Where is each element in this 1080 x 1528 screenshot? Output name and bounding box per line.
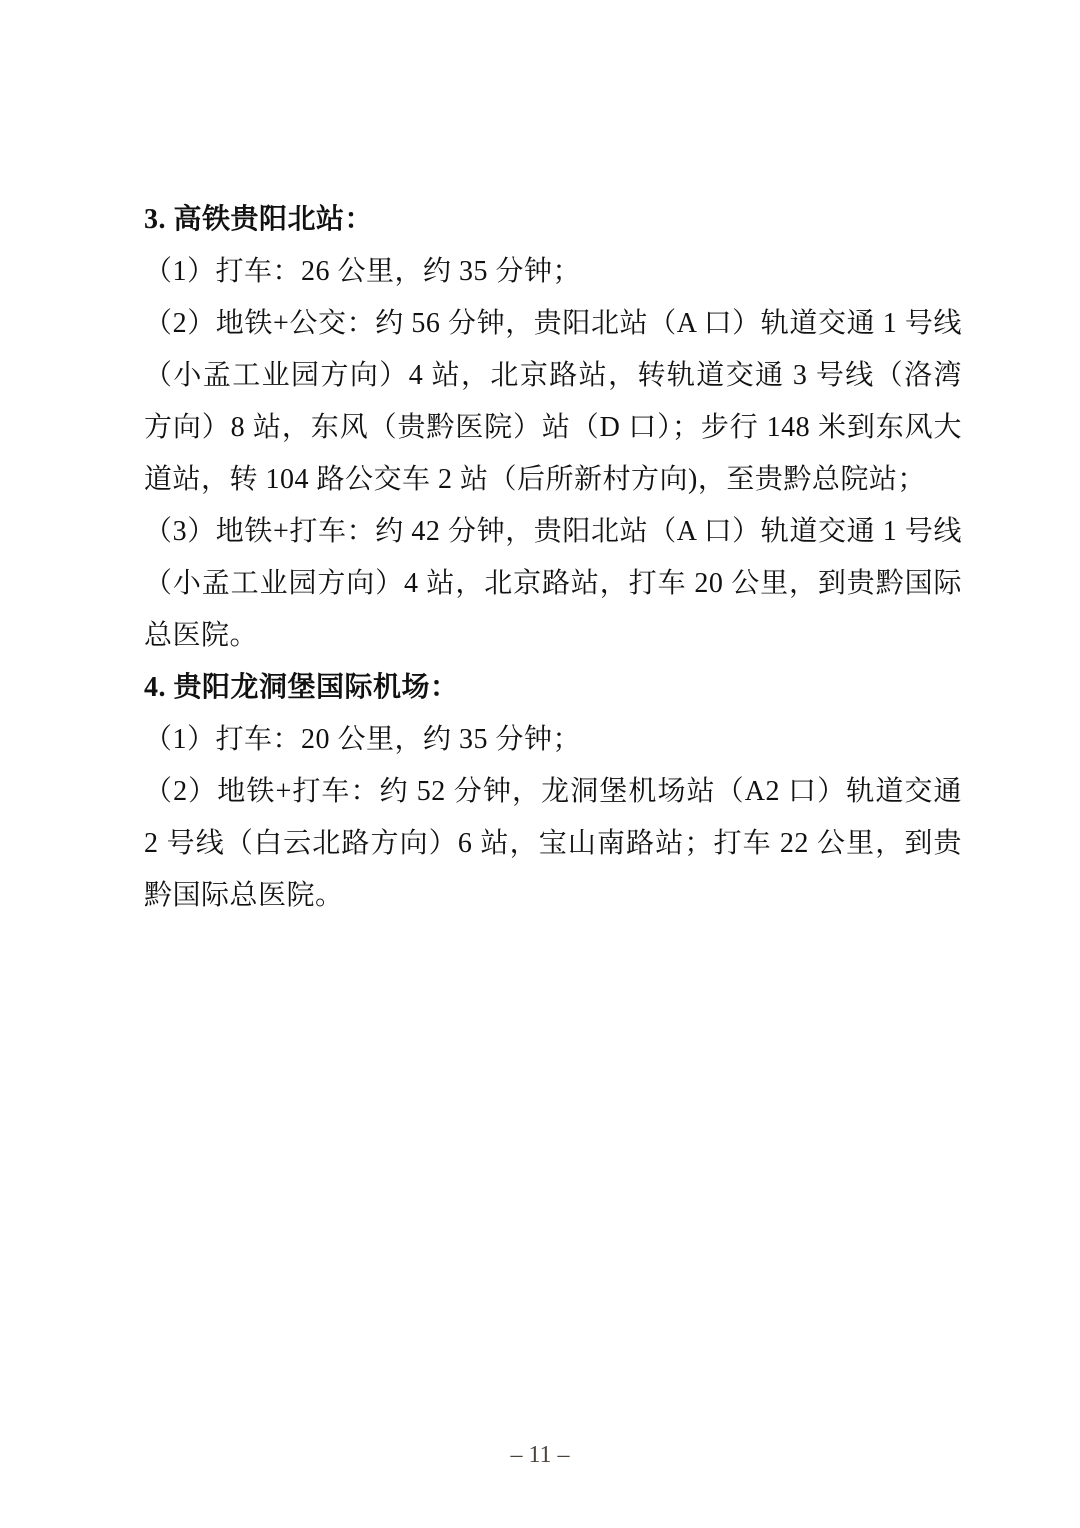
page-content: 3. 高铁贵阳北站： （1）打车：26 公里，约 35 分钟； （2）地铁+公交… xyxy=(144,194,962,922)
page-footer: – 11 – xyxy=(0,1440,1080,1470)
paragraph: （1）打车：20 公里，约 35 分钟； xyxy=(144,714,962,766)
document-page: 3. 高铁贵阳北站： （1）打车：26 公里，约 35 分钟； （2）地铁+公交… xyxy=(0,0,1080,1528)
section-longdongbao-airport: 4. 贵阳龙洞堡国际机场： （1）打车：20 公里，约 35 分钟； （2）地铁… xyxy=(144,662,962,922)
section-gaotie-guiyang-north-station: 3. 高铁贵阳北站： （1）打车：26 公里，约 35 分钟； （2）地铁+公交… xyxy=(144,194,962,662)
paragraph: （1）打车：26 公里，约 35 分钟； xyxy=(144,246,962,298)
section-heading: 4. 贵阳龙洞堡国际机场： xyxy=(144,662,962,714)
paragraph: （2）地铁+公交：约 56 分钟，贵阳北站（A 口）轨道交通 1 号线（小孟工业… xyxy=(144,298,962,506)
paragraph: （3）地铁+打车：约 42 分钟，贵阳北站（A 口）轨道交通 1 号线（小孟工业… xyxy=(144,506,962,662)
page-number: – 11 – xyxy=(510,1442,569,1468)
section-heading: 3. 高铁贵阳北站： xyxy=(144,194,962,246)
paragraph: （2）地铁+打车：约 52 分钟，龙洞堡机场站（A2 口）轨道交通 2 号线（白… xyxy=(144,766,962,922)
